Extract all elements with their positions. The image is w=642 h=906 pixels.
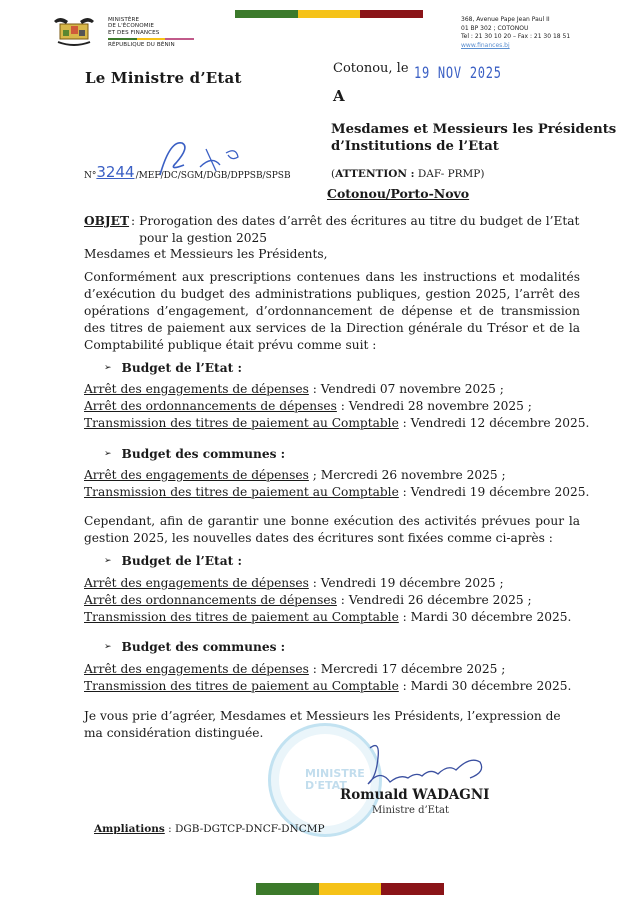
address-block: 368, Avenue Pape Jean Paul II 01 BP 302 … (461, 16, 570, 50)
bullet-arrow-icon: ➢ (104, 556, 112, 566)
bullet-arrow-icon: ➢ (104, 363, 112, 373)
subject-label: OBJET (84, 213, 129, 247)
ministry-divider (108, 38, 194, 40)
date-stamp: 19 NOV 2025 (414, 63, 502, 82)
ampliations-label: Ampliations (94, 823, 165, 835)
subject-text: Prorogation des dates d’arrêt des écritu… (139, 213, 580, 247)
to-label: A (333, 87, 345, 105)
recipient-block: Mesdames et Messieurs les Présidents d’I… (331, 121, 616, 155)
paragraph-initial-schedule: Conformément aux prescriptions contenues… (84, 269, 580, 354)
schedule-item: Transmission des titres de paiement au C… (84, 679, 571, 693)
section-heading-etat-new: ➢ Budget de l’Etat : (104, 554, 242, 568)
subject-line: OBJET : Prorogation des dates d’arrêt de… (84, 213, 580, 247)
ministry-header: MINISTÈRE DE L'ÉCONOMIE ET DES FINANCES … (108, 17, 194, 49)
signatory-name: Romuald WADAGNI (340, 787, 489, 803)
sender-title: Le Ministre d’Etat (85, 69, 242, 87)
schedule-item: Transmission des titres de paiement au C… (84, 485, 589, 499)
reference-prefix: N° (84, 171, 96, 181)
bullet-arrow-icon: ➢ (104, 449, 112, 459)
section-heading-communes-new: ➢ Budget des communes : (104, 640, 285, 654)
schedule-item: Arrêt des engagements de dépenses ; Merc… (84, 468, 506, 482)
paragraph-new-schedule: Cependant, afin de garantir une bonne ex… (84, 513, 580, 547)
schedule-item: Transmission des titres de paiement au C… (84, 416, 589, 430)
section-heading-communes-initial: ➢ Budget des communes : (104, 447, 285, 461)
ministry-line: ET DES FINANCES (108, 30, 194, 36)
republic-label: RÉPUBLIQUE DU BÉNIN (108, 42, 194, 48)
recipient-line: d’Institutions de l’Etat (331, 138, 616, 155)
ampliations-line: Ampliations : DGB-DGTCP-DNCF-DNCMP (94, 823, 325, 835)
section-heading-etat-initial: ➢ Budget de l’Etat : (104, 361, 242, 375)
schedule-item: Arrêt des ordonnancements de dépenses : … (84, 593, 532, 607)
attention-value: DAF- PRMP (415, 168, 481, 180)
attention-label: ATTENTION : (335, 168, 414, 180)
website-link[interactable]: www.finances.bj (461, 42, 570, 51)
ampliations-value: : DGB-DGTCP-DNCF-DNCMP (165, 823, 325, 835)
schedule-item: Transmission des titres de paiement au C… (84, 610, 571, 624)
coat-of-arms-icon (52, 15, 96, 47)
bullet-arrow-icon: ➢ (104, 642, 112, 652)
salutation: Mesdames et Messieurs les Présidents, (84, 246, 580, 263)
schedule-item: Arrêt des ordonnancements de dépenses : … (84, 399, 532, 413)
reference-handwritten-number: 3244 (96, 163, 134, 181)
recipient-line: Mesdames et Messieurs les Présidents (331, 121, 616, 138)
schedule-item: Arrêt des engagements de dépenses : Vend… (84, 382, 504, 396)
address-line: 368, Avenue Pape Jean Paul II (461, 16, 570, 25)
flag-bar-top (235, 10, 423, 18)
flag-bar-bottom (256, 883, 444, 895)
contact-line: Tel : 21 30 10 20 – Fax : 21 30 18 51 (461, 33, 570, 42)
address-line: 01 BP 302 ; COTONOU (461, 25, 570, 34)
initials-signature-icon (140, 135, 250, 185)
city-date-label: Cotonou, le (333, 61, 409, 76)
schedule-item: Arrêt des engagements de dépenses : Merc… (84, 662, 505, 676)
schedule-item: Arrêt des engagements de dépenses : Vend… (84, 576, 504, 590)
signatory-title: Ministre d’Etat (372, 805, 449, 816)
attention-line: (ATTENTION : DAF- PRMP) (331, 168, 484, 180)
recipient-location: Cotonou/Porto-Novo (327, 186, 469, 201)
